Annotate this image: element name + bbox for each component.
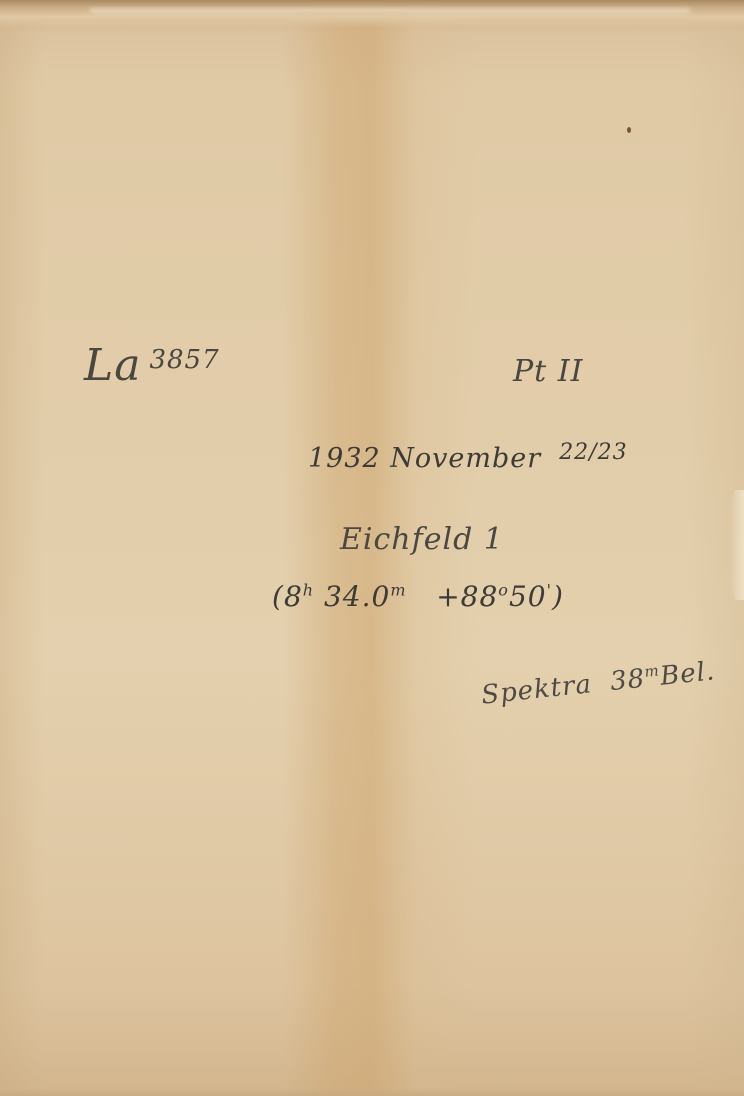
right-edge-crease [730,490,744,600]
instrument-size: 38 [609,664,647,698]
catalog-number: La3857 [84,340,220,391]
dec-degrees-unit: o [498,581,509,600]
ink-speck [627,127,631,133]
ra-hours: 8 [284,580,303,613]
envelope-sheet: La3857 Pt II 1932 November22/23 Eichfeld… [0,0,744,1096]
instrument-note: Spektra 38mBel. [480,656,717,711]
fold-highlight [90,8,690,13]
catalog-prefix: La [84,340,141,391]
coordinates: (8h 34.0m +88o50') [272,580,564,613]
dec-degrees: +88 [436,580,498,613]
observation-date: 1932 November22/23 [308,440,628,474]
instrument-suffix: Bel. [659,656,717,692]
ra-minutes: 34.0 [324,580,390,613]
catalog-digits: 3857 [149,345,219,375]
date-days: 22/23 [559,440,627,465]
date-year-month: 1932 November [308,443,541,474]
dec-minutes: 50 [509,580,547,613]
ra-minutes-unit: m [390,581,406,600]
ra-hours-unit: h [303,581,314,600]
bottom-edge [0,1088,744,1096]
paren-close: ) [552,580,564,613]
field-name: Eichfeld 1 [340,522,504,557]
instrument-prefix: Spektra [480,669,594,710]
paren-open: ( [272,580,284,613]
plate-label: Pt II [513,354,583,389]
top-fold-edge [0,0,744,28]
